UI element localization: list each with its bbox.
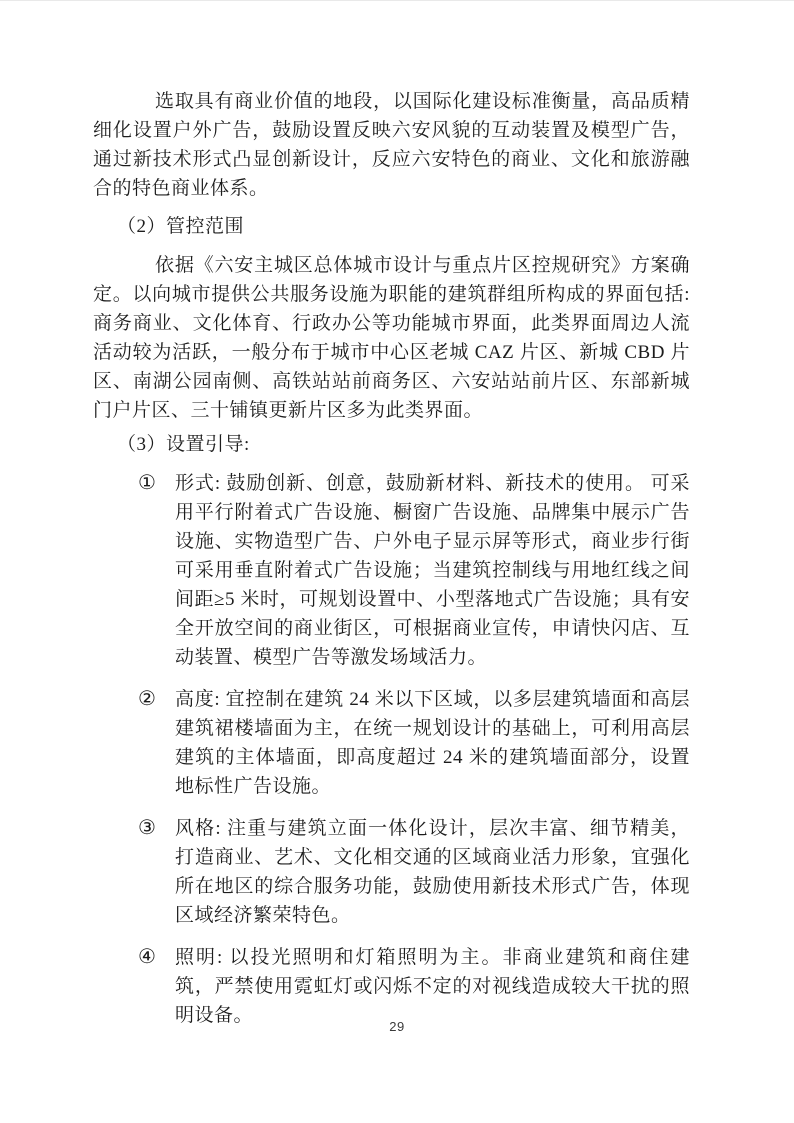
section3-heading: （3）设置引导:: [117, 430, 690, 459]
circled-number-4-marker: ④: [138, 943, 175, 972]
list-item-text: 形式: 鼓励创新、创意，鼓励新材料、新技术的使用。 可采用平行附着式广告设施、橱…: [175, 469, 690, 672]
section2-body: 依据《六安主城区总体城市设计与重点片区控规研究》方案确定。以向城市提供公共服务设…: [93, 251, 690, 425]
list-item: ① 形式: 鼓励创新、创意，鼓励新材料、新技术的使用。 可采用平行附着式广告设施…: [138, 469, 690, 672]
list-item: ② 高度: 宜控制在建筑 24 米以下区域，以多层建筑墙面和高层建筑裙楼墙面为主…: [138, 685, 690, 801]
circled-number-1-marker: ①: [138, 469, 175, 498]
section2-heading: （2）管控范围: [117, 212, 690, 241]
list-item-text: 照明: 以投光照明和灯箱照明为主。非商业建筑和商住建筑，严禁使用霓虹灯或闪烁不定…: [175, 943, 690, 1030]
circled-number-2-marker: ②: [138, 685, 175, 714]
document-content: 选取具有商业价值的地段，以国际化建设标准衡量，高品质精细化设置户外广告，鼓励设置…: [93, 87, 690, 1043]
list-item: ④ 照明: 以投光照明和灯箱照明为主。非商业建筑和商住建筑，严禁使用霓虹灯或闪烁…: [138, 943, 690, 1030]
list-item-text: 风格: 注重与建筑立面一体化设计，层次丰富、细节精美，打造商业、艺术、文化相交通…: [175, 814, 690, 930]
document-page: 选取具有商业价值的地段，以国际化建设标准衡量，高品质精细化设置户外广告，鼓励设置…: [0, 0, 794, 1123]
list-item-text: 高度: 宜控制在建筑 24 米以下区域，以多层建筑墙面和高层建筑裙楼墙面为主，在…: [175, 685, 690, 801]
circled-number-3-marker: ③: [138, 814, 175, 843]
guidance-list: ① 形式: 鼓励创新、创意，鼓励新材料、新技术的使用。 可采用平行附着式广告设施…: [138, 469, 690, 1030]
list-item: ③ 风格: 注重与建筑立面一体化设计，层次丰富、细节精美，打造商业、艺术、文化相…: [138, 814, 690, 930]
intro-paragraph: 选取具有商业价值的地段，以国际化建设标准衡量，高品质精细化设置户外广告，鼓励设置…: [93, 87, 690, 203]
page-number: 29: [0, 1019, 794, 1034]
